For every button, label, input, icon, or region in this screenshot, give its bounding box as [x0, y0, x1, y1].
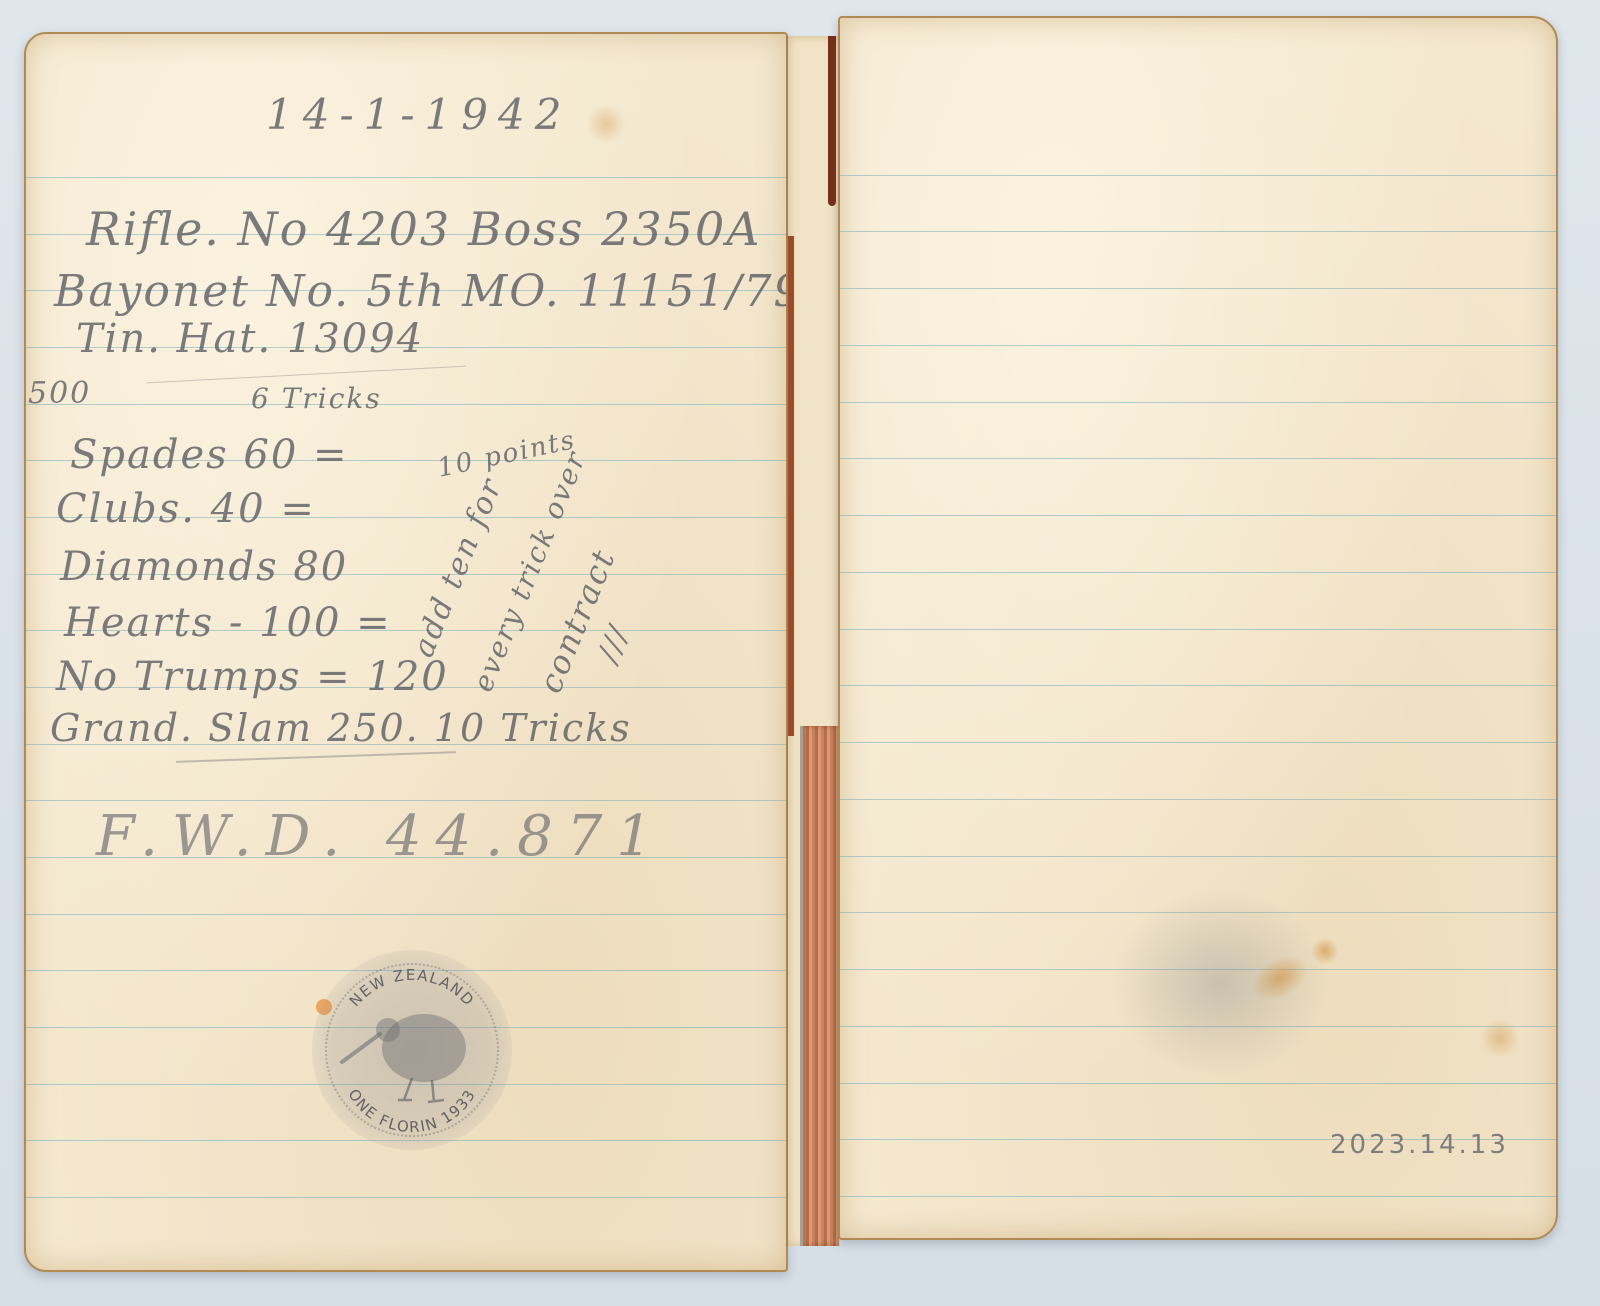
rule-line [840, 629, 1556, 630]
coin-rubbing-graphic: NEW ZEALAND ONE FLORIN 1933 [312, 950, 512, 1150]
rule-line [26, 1197, 786, 1198]
bayonet-entry: Bayonet No. 5th MO. 11151/7946 [54, 266, 788, 317]
rifle-entry: Rifle. No 4203 Boss 2350A [86, 202, 761, 256]
score-diamonds: Diamonds 80 [60, 544, 348, 590]
rule-line [840, 572, 1556, 573]
svg-text:ONE FLORIN 1933: ONE FLORIN 1933 [344, 1086, 479, 1137]
svg-text:NEW ZEALAND: NEW ZEALAND [346, 966, 478, 1010]
notebook-spine [786, 36, 840, 1246]
score-value: 100 = [259, 600, 392, 646]
stain [1310, 938, 1340, 964]
entry-date: 14-1-1942 [266, 90, 571, 139]
game-subtitle: 6 Tricks [251, 382, 382, 415]
rule-line [840, 175, 1556, 176]
rule-line [840, 458, 1556, 459]
coin-bottom-text: ONE FLORIN 1933 [344, 1086, 479, 1137]
rifle-value: 4203 Boss 2350A [326, 202, 761, 256]
helmet-value: 13094 [287, 316, 424, 362]
rule-line [26, 404, 786, 405]
score-clubs: Clubs. 40 = [56, 486, 316, 532]
score-value: 80 [293, 544, 348, 590]
service-number: F.W.D. 44.871 [96, 804, 666, 869]
accession-number: 2023.14.13 [1330, 1130, 1509, 1160]
rule-line [840, 685, 1556, 686]
spine-cloth [788, 236, 794, 736]
score-value: 60 = [243, 432, 348, 478]
helmet-entry: Tin. Hat. 13094 [76, 316, 424, 362]
score-suit: No Trumps = [56, 654, 352, 700]
rule-line [840, 856, 1556, 857]
stain [1480, 1018, 1520, 1058]
rule-line [840, 231, 1556, 232]
score-value: 40 = [211, 486, 316, 532]
spine-cloth [828, 36, 836, 206]
underline [176, 751, 456, 763]
rule-line [840, 515, 1556, 516]
side-note-line: /// [591, 620, 637, 667]
right-page: 2023.14.13 [838, 16, 1558, 1240]
rule-line [26, 914, 786, 915]
score-hearts: Hearts - 100 = [64, 600, 392, 646]
rule-line [840, 1196, 1556, 1197]
rule-line [840, 345, 1556, 346]
rule-line [840, 288, 1556, 289]
rule-line [840, 742, 1556, 743]
game-title: 500 [28, 376, 91, 411]
spine-cloth [800, 726, 839, 1246]
coin-rubbing: NEW ZEALAND ONE FLORIN 1933 [312, 950, 512, 1150]
rule-line [26, 800, 786, 801]
stain [586, 104, 626, 144]
score-suit: Diamonds [60, 544, 279, 590]
rule-line [840, 799, 1556, 800]
grand-slam-entry: Grand. Slam 250. 10 Tricks [50, 706, 632, 750]
separator-line [146, 366, 466, 384]
score-suit: Hearts - [64, 600, 244, 646]
score-spades: Spades 60 = [70, 432, 349, 478]
coin-top-text: NEW ZEALAND [346, 966, 478, 1010]
bayonet-value: 5th MO. 11151/7946 [366, 266, 788, 317]
left-page: 14-1-1942 Rifle. No 4203 Boss 2350A Bayo… [24, 32, 788, 1272]
helmet-label: Tin. Hat. [76, 316, 272, 362]
notebook: 14-1-1942 Rifle. No 4203 Boss 2350A Bayo… [0, 0, 1600, 1306]
score-suit: Spades [70, 432, 229, 478]
rule-line [840, 402, 1556, 403]
rule-line [26, 177, 786, 178]
score-suit: Clubs. [56, 486, 196, 532]
score-no-trumps: No Trumps = 120 [56, 654, 449, 700]
rifle-label: Rifle. No [86, 202, 310, 256]
bayonet-label: Bayonet No. [54, 266, 350, 317]
rule-line [840, 1083, 1556, 1084]
